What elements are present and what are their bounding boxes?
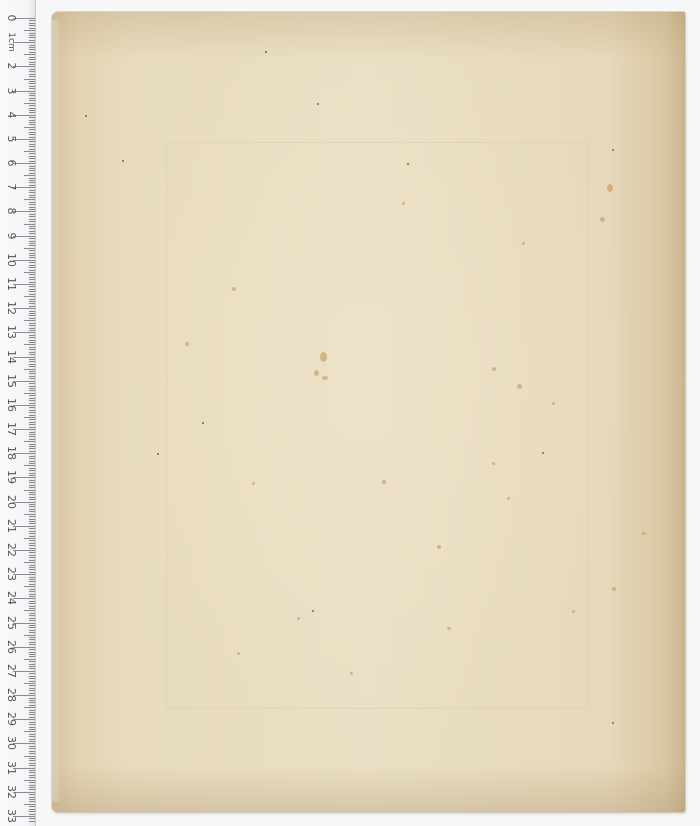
ruler-number: 15	[4, 371, 18, 391]
ruler-tick	[29, 746, 35, 747]
ruler-number: 22	[4, 540, 18, 560]
ruler-tick	[29, 451, 35, 452]
ruler-tick	[29, 787, 35, 788]
ruler-tick	[29, 35, 35, 36]
ruler-tick	[29, 545, 35, 546]
ruler-tick	[29, 627, 35, 628]
ruler-tick	[24, 320, 35, 321]
ruler-tick	[29, 74, 35, 75]
ruler-tick	[29, 415, 35, 416]
ruler-tick	[29, 153, 35, 154]
ruler-tick	[29, 673, 35, 674]
ruler-tick	[29, 581, 35, 582]
ruler-number: 1cm	[4, 32, 18, 52]
ruler-tick	[29, 303, 35, 304]
speck	[612, 722, 614, 724]
ruler-tick	[29, 572, 35, 573]
ruler-tick	[29, 71, 35, 72]
ruler-tick	[29, 461, 35, 462]
ruler-tick	[24, 79, 35, 80]
ruler-tick	[29, 504, 35, 505]
ruler-number: 4	[4, 105, 18, 125]
ruler-tick	[29, 760, 35, 761]
ruler-tick	[29, 458, 35, 459]
ruler-tick	[29, 228, 35, 229]
speck	[612, 149, 614, 151]
speck	[407, 163, 409, 165]
ruler-tick	[29, 509, 35, 510]
ruler-tick	[29, 608, 35, 609]
ruler-tick	[29, 83, 35, 84]
ruler-tick	[29, 289, 35, 290]
ruler-tick	[29, 88, 35, 89]
measuring-ruler: 01cm234567891011121314151617181920212223…	[0, 0, 36, 826]
ruler-tick	[29, 93, 35, 94]
ruler-tick	[24, 30, 35, 31]
ruler-tick	[29, 219, 35, 220]
ruler-tick	[29, 37, 35, 38]
ruler-tick	[29, 606, 35, 607]
ruler-tick	[29, 811, 35, 812]
ruler-tick	[29, 354, 35, 355]
ruler-tick	[29, 480, 35, 481]
ruler-tick	[24, 296, 35, 297]
ruler-tick	[24, 127, 35, 128]
ruler-tick	[29, 584, 35, 585]
ruler-tick	[29, 632, 35, 633]
ruler-tick	[29, 23, 35, 24]
ruler-tick	[29, 286, 35, 287]
ruler-tick	[29, 28, 35, 29]
ruler-tick	[24, 199, 35, 200]
foxing-spot	[382, 480, 386, 484]
ruler-tick	[29, 315, 35, 316]
ruler-tick	[29, 789, 35, 790]
ruler-tick	[29, 567, 35, 568]
ruler-tick	[24, 248, 35, 249]
ruler-tick	[24, 707, 35, 708]
ruler-number: 11	[4, 274, 18, 294]
ruler-number: 2	[4, 56, 18, 76]
foxing-spot	[350, 672, 353, 675]
ruler-tick	[29, 652, 35, 653]
ruler-tick	[29, 105, 35, 106]
ruler-tick	[29, 180, 35, 181]
ruler-tick	[29, 98, 35, 99]
ruler-tick	[29, 241, 35, 242]
ruler-tick	[24, 538, 35, 539]
ruler-tick	[29, 388, 35, 389]
ruler-tick	[29, 577, 35, 578]
ruler-tick	[24, 417, 35, 418]
ruler-tick	[29, 736, 35, 737]
ruler-tick	[29, 649, 35, 650]
ruler-number: 7	[4, 177, 18, 197]
ruler-tick	[29, 775, 35, 776]
ruler-tick	[29, 818, 35, 819]
ruler-tick	[29, 625, 35, 626]
ruler-tick	[29, 168, 35, 169]
ruler-tick	[29, 403, 35, 404]
foxing-spot	[447, 627, 451, 630]
ruler-tick	[29, 681, 35, 682]
speck	[85, 115, 87, 117]
foxing-spot	[252, 482, 255, 485]
ruler-tick	[29, 161, 35, 162]
ruler-tick	[29, 782, 35, 783]
ruler-tick	[29, 497, 35, 498]
ruler-tick	[24, 562, 35, 563]
ruler-tick	[24, 635, 35, 636]
ruler-tick	[29, 615, 35, 616]
ruler-tick	[29, 475, 35, 476]
ruler-tick	[29, 533, 35, 534]
ruler-tick	[29, 170, 35, 171]
ruler-tick	[29, 122, 35, 123]
ruler-tick	[29, 311, 35, 312]
foxing-spot	[437, 545, 441, 549]
ruler-number: 6	[4, 153, 18, 173]
ruler-tick	[29, 383, 35, 384]
ruler-tick	[24, 804, 35, 805]
ruler-tick	[29, 57, 35, 58]
ruler-tick	[29, 531, 35, 532]
ruler-tick	[29, 134, 35, 135]
ruler-tick	[29, 676, 35, 677]
speck	[317, 103, 319, 105]
ruler-tick	[29, 137, 35, 138]
ruler-tick	[29, 739, 35, 740]
ruler-tick	[29, 299, 35, 300]
ruler-tick	[29, 62, 35, 63]
ruler-tick	[29, 644, 35, 645]
ruler-tick	[29, 419, 35, 420]
ruler-tick	[29, 664, 35, 665]
ruler-tick	[29, 361, 35, 362]
foxing-spot	[314, 370, 319, 376]
ruler-tick	[29, 216, 35, 217]
ruler-tick	[29, 255, 35, 256]
ruler-tick	[29, 456, 35, 457]
ruler-tick	[29, 603, 35, 604]
ruler-tick	[29, 294, 35, 295]
ruler-number: 27	[4, 661, 18, 681]
ruler-tick	[24, 610, 35, 611]
ruler-tick	[29, 821, 35, 822]
ruler-tick	[29, 149, 35, 150]
ruler-tick	[29, 265, 35, 266]
ruler-tick	[29, 729, 35, 730]
ruler-tick	[29, 279, 35, 280]
ruler-tick	[29, 158, 35, 159]
ruler-tick	[29, 668, 35, 669]
ruler-tick	[29, 410, 35, 411]
ruler-tick	[29, 470, 35, 471]
ruler-tick	[29, 250, 35, 251]
ruler-tick	[29, 173, 35, 174]
ruler-tick	[29, 712, 35, 713]
ruler-tick	[29, 40, 35, 41]
ruler-tick	[29, 765, 35, 766]
ruler-tick	[29, 124, 35, 125]
ruler-tick	[29, 714, 35, 715]
ruler-tick	[29, 705, 35, 706]
ruler-tick	[29, 434, 35, 435]
foxing-spot	[507, 497, 510, 500]
ruler-tick	[29, 751, 35, 752]
ruler-tick	[29, 190, 35, 191]
ruler-tick	[29, 639, 35, 640]
ruler-tick	[29, 569, 35, 570]
ruler-tick	[29, 340, 35, 341]
ruler-tick	[29, 129, 35, 130]
ruler-tick	[29, 801, 35, 802]
ruler-tick	[29, 654, 35, 655]
ruler-tick	[29, 49, 35, 50]
ruler-tick	[29, 33, 35, 34]
ruler-tick	[29, 378, 35, 379]
ruler-tick	[29, 112, 35, 113]
foxing-spot	[607, 184, 613, 192]
ruler-tick	[29, 352, 35, 353]
ruler-tick	[29, 277, 35, 278]
ruler-tick	[29, 591, 35, 592]
foxing-spot	[517, 384, 522, 389]
ruler-tick	[24, 151, 35, 152]
ruler-tick	[29, 335, 35, 336]
ruler-tick	[29, 463, 35, 464]
ruler-tick	[24, 683, 35, 684]
ruler-tick	[29, 45, 35, 46]
foxing-spot	[600, 217, 605, 222]
ruler-number: 19	[4, 467, 18, 487]
ruler-tick	[29, 594, 35, 595]
ruler-tick	[29, 86, 35, 87]
ruler-tick	[29, 487, 35, 488]
ruler-tick	[29, 371, 35, 372]
ruler-tick	[29, 76, 35, 77]
ruler-tick	[29, 637, 35, 638]
ruler-tick	[24, 344, 35, 345]
ruler-tick	[29, 202, 35, 203]
speck	[542, 452, 544, 454]
ruler-tick	[29, 262, 35, 263]
ruler-tick	[29, 323, 35, 324]
ruler-tick	[24, 465, 35, 466]
ruler-tick	[29, 270, 35, 271]
speck	[122, 160, 124, 162]
ruler-tick	[24, 103, 35, 104]
ruler-tick	[29, 809, 35, 810]
ruler-tick	[29, 376, 35, 377]
ruler-tick	[29, 777, 35, 778]
ruler-tick	[29, 185, 35, 186]
ruler-tick	[29, 678, 35, 679]
ruler-tick	[29, 693, 35, 694]
ruler-tick	[29, 468, 35, 469]
ruler-number: 12	[4, 298, 18, 318]
ruler-tick	[29, 506, 35, 507]
ruler-number: 32	[4, 782, 18, 802]
ruler-tick	[29, 432, 35, 433]
ruler-tick	[29, 772, 35, 773]
ruler-tick	[29, 724, 35, 725]
ruler-tick	[29, 446, 35, 447]
ruler-tick	[29, 427, 35, 428]
ruler-tick	[29, 214, 35, 215]
ruler-tick	[29, 589, 35, 590]
ruler-tick	[24, 272, 35, 273]
ruler-tick	[29, 565, 35, 566]
ruler-tick	[29, 47, 35, 48]
ruler-tick	[24, 490, 35, 491]
ruler-tick	[29, 197, 35, 198]
ruler-tick	[29, 243, 35, 244]
ruler-tick	[29, 20, 35, 21]
ruler-tick	[29, 548, 35, 549]
foxing-spot	[185, 342, 189, 346]
ruler-tick	[29, 238, 35, 239]
ruler-tick	[29, 799, 35, 800]
ruler-tick	[29, 528, 35, 529]
ruler-tick	[29, 301, 35, 302]
ruler-tick	[29, 560, 35, 561]
plate-mark	[166, 142, 588, 709]
ruler-tick	[29, 579, 35, 580]
ruler-tick	[29, 436, 35, 437]
ruler-number: 23	[4, 564, 18, 584]
ruler-tick	[29, 473, 35, 474]
ruler-tick	[29, 734, 35, 735]
ruler-tick	[29, 753, 35, 754]
ruler-tick	[29, 221, 35, 222]
ruler-tick	[29, 318, 35, 319]
ruler-tick	[29, 407, 35, 408]
ruler-number: 3	[4, 81, 18, 101]
ruler-tick	[29, 499, 35, 500]
foxing-spot	[237, 652, 240, 655]
ruler-tick	[29, 448, 35, 449]
foxing-spot	[232, 287, 236, 291]
foxing-spot	[297, 617, 300, 620]
ruler-number: 24	[4, 588, 18, 608]
ruler-tick	[29, 511, 35, 512]
foxing-spot	[322, 376, 328, 380]
ruler-tick	[29, 485, 35, 486]
ruler-tick	[29, 117, 35, 118]
speck	[157, 453, 159, 455]
ruler-tick	[29, 521, 35, 522]
ruler-number: 0	[4, 8, 18, 28]
ruler-number: 31	[4, 758, 18, 778]
speck	[265, 51, 267, 53]
ruler-tick	[29, 748, 35, 749]
ruler-tick	[29, 156, 35, 157]
ruler-tick	[29, 666, 35, 667]
ruler-tick	[29, 806, 35, 807]
ruler-tick	[24, 369, 35, 370]
ruler-tick	[29, 444, 35, 445]
ruler-number: 29	[4, 709, 18, 729]
ruler-tick	[29, 386, 35, 387]
ruler-tick	[29, 661, 35, 662]
ruler-tick	[29, 395, 35, 396]
ruler-number: 30	[4, 733, 18, 753]
ruler-tick	[29, 146, 35, 147]
ruler-tick	[29, 306, 35, 307]
ruler-tick	[29, 543, 35, 544]
ruler-tick	[29, 702, 35, 703]
ruler-tick	[29, 519, 35, 520]
ruler-number: 18	[4, 443, 18, 463]
foxing-spot	[492, 462, 495, 465]
ruler-tick	[29, 132, 35, 133]
paper-left-edge	[52, 20, 59, 802]
ruler-tick	[24, 393, 35, 394]
ruler-tick	[29, 373, 35, 374]
ruler-tick	[29, 366, 35, 367]
ruler-tick	[29, 797, 35, 798]
ruler-number: 9	[4, 226, 18, 246]
foxing-spot	[402, 202, 405, 205]
ruler-tick	[29, 620, 35, 621]
ruler-tick	[24, 441, 35, 442]
ruler-tick	[29, 257, 35, 258]
ruler-tick	[29, 422, 35, 423]
ruler-tick	[29, 710, 35, 711]
ruler-tick	[29, 144, 35, 145]
ruler-tick	[29, 398, 35, 399]
ruler-tick	[29, 685, 35, 686]
ruler-number: 21	[4, 516, 18, 536]
ruler-tick	[29, 758, 35, 759]
ruler-tick	[29, 209, 35, 210]
ruler-tick	[29, 231, 35, 232]
ruler-tick	[29, 390, 35, 391]
ruler-tick	[29, 25, 35, 26]
ruler-tick	[29, 698, 35, 699]
ruler-tick	[29, 192, 35, 193]
ruler-tick	[29, 274, 35, 275]
ruler-tick	[29, 282, 35, 283]
ruler-number: 14	[4, 347, 18, 367]
ruler-tick	[29, 195, 35, 196]
ruler-tick	[29, 328, 35, 329]
ruler-tick	[24, 54, 35, 55]
ruler-tick	[29, 347, 35, 348]
ruler-tick	[29, 555, 35, 556]
ruler-tick	[29, 482, 35, 483]
ruler-number: 25	[4, 613, 18, 633]
ruler-number: 16	[4, 395, 18, 415]
ruler-tick	[24, 780, 35, 781]
ruler-tick	[29, 700, 35, 701]
ruler-number: 28	[4, 685, 18, 705]
ruler-tick	[29, 81, 35, 82]
ruler-tick	[29, 540, 35, 541]
ruler-tick	[29, 364, 35, 365]
ruler-tick	[29, 690, 35, 691]
ruler-tick	[29, 204, 35, 205]
ruler-tick	[29, 727, 35, 728]
ruler-tick	[29, 722, 35, 723]
ruler-tick	[29, 630, 35, 631]
ruler-tick	[29, 523, 35, 524]
ruler-tick	[29, 253, 35, 254]
ruler-tick	[24, 586, 35, 587]
ruler-tick	[29, 439, 35, 440]
ruler-tick	[29, 785, 35, 786]
